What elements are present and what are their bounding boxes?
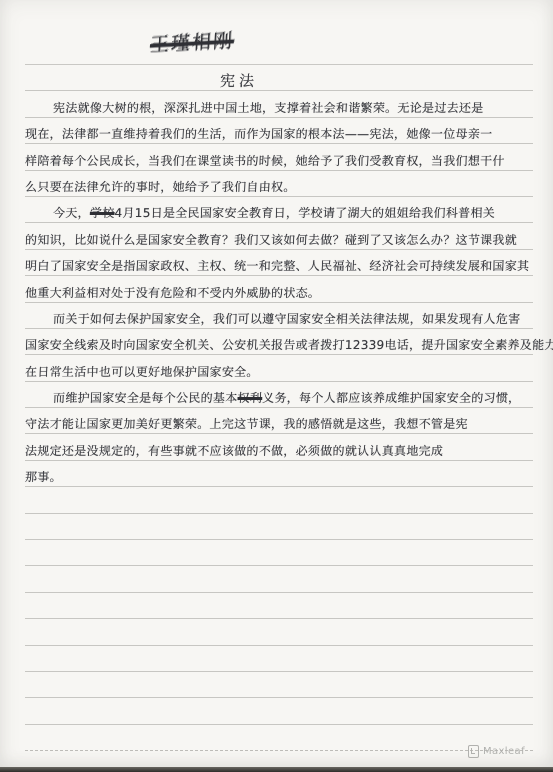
- essay-line: 在日常生活中也可以更好地保护国家安全。: [25, 355, 533, 381]
- essay-line-text: 而关于如何去保护国家安全，我们可以遵守国家安全相关法律法规，如果发现有人危害: [25, 312, 521, 328]
- essay-line: 法规定还是没规定的，有些事就不应该做的不做，必须做的就认认真真地完成: [25, 434, 533, 460]
- empty-ruled-line: [25, 672, 533, 698]
- essay-line: 样陪着每个公民成长，当我们在课堂读书的时候，她给予了我们受教育权，当我们想干什: [25, 144, 533, 170]
- essay-line-text: 那事。: [25, 470, 62, 486]
- empty-ruled-line: [25, 514, 533, 540]
- essay-line: 的知识，比如说什么是国家安全教育？我们又该如何去做？碰到了又该怎么办？这节课我就: [25, 223, 533, 249]
- empty-ruled-line: [25, 725, 533, 751]
- empty-ruled-line: [25, 487, 533, 513]
- notebook-paper: 王瑾相刚 宪法宪法就像大树的根，深深扎进中国土地，支撑着社会和谐繁荣。无论是过去…: [0, 0, 553, 772]
- essay-title: 宪法: [220, 74, 259, 90]
- essay-rows: 宪法宪法就像大树的根，深深扎进中国土地，支撑着社会和谐繁荣。无论是过去还是现在，…: [25, 64, 533, 751]
- essay-line: 而维护国家安全是每个公民的基本权利义务，每个人都应该养成维护国家安全的习惯，: [25, 382, 533, 408]
- essay-line: 而关于如何去保护国家安全，我们可以遵守国家安全相关法律法规，如果发现有人危害: [25, 303, 533, 329]
- essay-title-row: 宪法: [25, 64, 533, 91]
- essay-line-text: 守法才能让国家更加美好更繁荣。上完这节课，我的感悟就是这些，我想不管是宪: [25, 417, 468, 433]
- struck-out-text: 学校: [90, 206, 115, 220]
- essay-line: 么只要在法律允许的事时，她给予了我们自由权。: [25, 171, 533, 197]
- essay-line: 明白了国家安全是指国家政权、主权、统一和完整、人民福祉、经济社会可持续发展和国家…: [25, 250, 533, 276]
- empty-ruled-line: [25, 646, 533, 672]
- essay-line: 国家安全线索及时向国家安全机关、公安机关报告或者拨打12339电话，提升国家安全…: [25, 329, 533, 355]
- scribbled-name: 王瑾相刚: [149, 26, 234, 58]
- essay-line-text: 国家安全线索及时向国家安全机关、公安机关报告或者拨打12339电话，提升国家安全…: [25, 338, 553, 354]
- essay-line-text: 法规定还是没规定的，有些事就不应该做的不做，必须做的就认认真真地完成: [25, 444, 444, 460]
- essay-line-text: 的知识，比如说什么是国家安全教育？我们又该如何去做？碰到了又该怎么办？这节课我就: [25, 233, 518, 249]
- essay-line-text: 么只要在法律允许的事时，她给予了我们自由权。: [25, 180, 296, 196]
- essay-line: 那事。: [25, 461, 533, 487]
- paper-watermark: Maxleaf: [468, 745, 525, 758]
- essay-line-text: 宪法就像大树的根，深深扎进中国土地，支撑着社会和谐繁荣。无论是过去还是: [25, 101, 484, 117]
- essay-line: 宪法就像大树的根，深深扎进中国土地，支撑着社会和谐繁荣。无论是过去还是: [25, 91, 533, 117]
- empty-ruled-line: [25, 698, 533, 724]
- essay-line-text: 现在，法律都一直维持着我们的生活，而作为国家的根本法——宪法，她像一位母亲一: [25, 127, 493, 143]
- essay-line-text: 今天，学校4月15日是全民国家安全教育日，学校请了湖大的姐姐给我们科普相关: [25, 206, 496, 222]
- essay-line: 守法才能让国家更加美好更繁荣。上完这节课，我的感悟就是这些，我想不管是宪: [25, 408, 533, 434]
- maxleaf-logo-icon: [468, 745, 479, 758]
- struck-out-text: 权利: [237, 391, 262, 405]
- empty-ruled-line: [25, 619, 533, 645]
- essay-line-text: 而维护国家安全是每个公民的基本权利义务，每个人都应该养成维护国家安全的习惯，: [25, 391, 521, 407]
- watermark-label: Maxleaf: [483, 746, 525, 757]
- essay-line-text: 明白了国家安全是指国家政权、主权、统一和完整、人民福祉、经济社会可持续发展和国家…: [25, 259, 530, 275]
- empty-ruled-line: [25, 566, 533, 592]
- essay-line: 他重大利益相对处于没有危险和不受内外威胁的状态。: [25, 276, 533, 302]
- essay-line: 今天，学校4月15日是全民国家安全教育日，学校请了湖大的姐姐给我们科普相关: [25, 197, 533, 223]
- essay-line-text: 样陪着每个公民成长，当我们在课堂读书的时候，她给予了我们受教育权，当我们想干什: [25, 154, 505, 170]
- empty-ruled-line: [25, 540, 533, 566]
- empty-ruled-line: [25, 593, 533, 619]
- essay-line-text: 他重大利益相对处于没有危险和不受内外威胁的状态。: [25, 286, 321, 302]
- essay-line: 现在，法律都一直维持着我们的生活，而作为国家的根本法——宪法，她像一位母亲一: [25, 118, 533, 144]
- photo-bottom-edge: [0, 767, 553, 772]
- essay-line-text: 在日常生活中也可以更好地保护国家安全。: [25, 365, 259, 381]
- paper-header-area: 王瑾相刚: [0, 0, 553, 64]
